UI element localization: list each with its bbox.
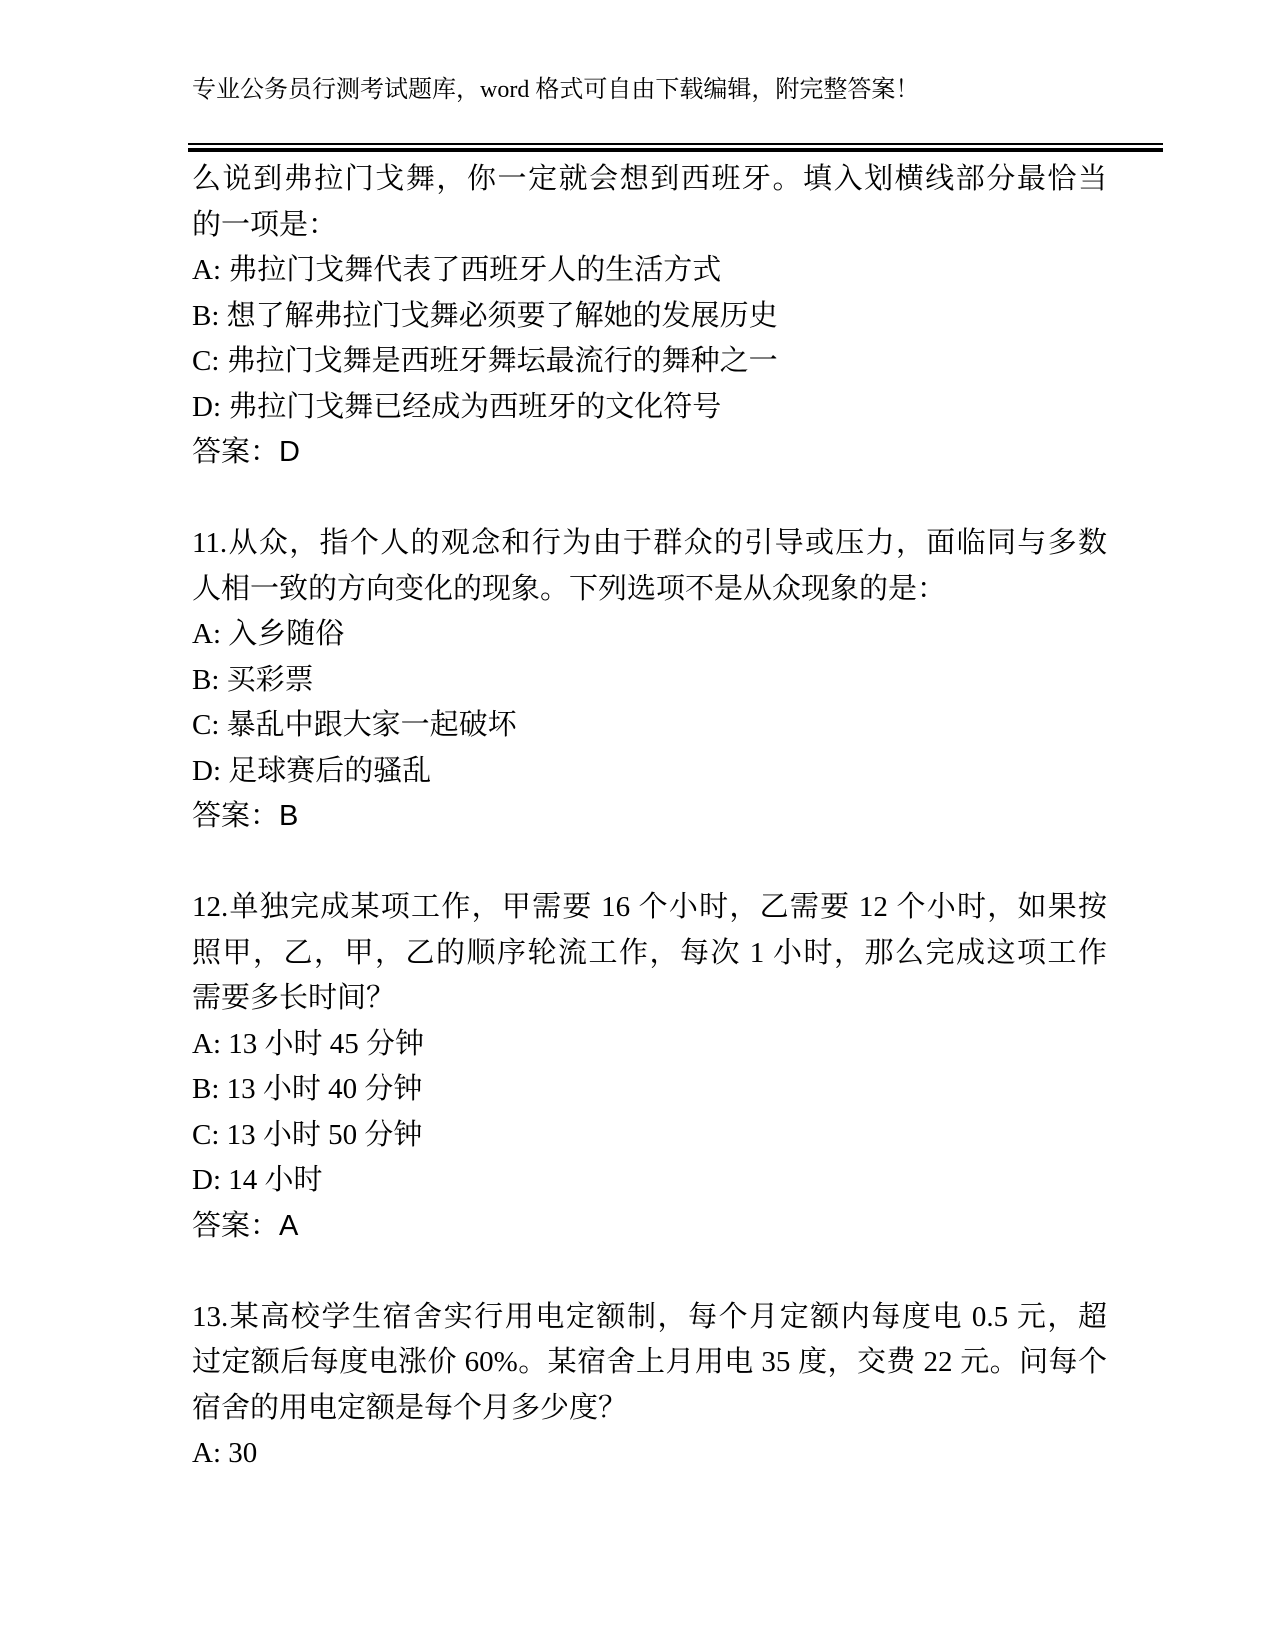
document-body: 么说到弗拉门戈舞，你一定就会想到西班牙。填入划横线部分最恰当的一项是：A: 弗拉…	[192, 157, 1107, 1477]
stem-line-3: 需要多长时间？	[192, 976, 1107, 1022]
question-13: 13.某高校学生宿舍实行用电定额制，每个月定额内每度电 0.5 元，超过定额后每…	[192, 1295, 1107, 1477]
option-a: A: 13 小时 45 分钟	[192, 1022, 1107, 1068]
option-c: C: 暴乱中跟大家一起破坏	[192, 703, 1107, 749]
header-title: 专业公务员行测考试题库，word 格式可自由下载编辑，附完整答案！	[192, 77, 919, 103]
header-divider-line	[188, 143, 1163, 152]
option-a: A: 入乡随俗	[192, 612, 1107, 658]
answer-line: 答案：D	[192, 430, 1107, 476]
question-12: 12.单独完成某项工作，甲需要 16 个小时，乙需要 12 个小时，如果按照甲，…	[192, 885, 1107, 1249]
stem-line-1: 么说到弗拉门戈舞，你一定就会想到西班牙。填入划横线部分最恰当	[192, 157, 1107, 203]
option-b: B: 想了解弗拉门戈舞必须要了解她的发展历史	[192, 294, 1107, 340]
stem-line-1: 11.从众，指个人的观念和行为由于群众的引导或压力，面临同与多数	[192, 521, 1107, 567]
answer-line: 答案：B	[192, 794, 1107, 840]
stem-line-1: 13.某高校学生宿舍实行用电定额制，每个月定额内每度电 0.5 元，超	[192, 1295, 1107, 1341]
option-b: B: 13 小时 40 分钟	[192, 1067, 1107, 1113]
stem-line-2: 人相一致的方向变化的现象。下列选项不是从众现象的是：	[192, 567, 1107, 613]
answer-line: 答案：A	[192, 1204, 1107, 1250]
stem-line-2: 过定额后每度电涨价 60%。某宿舍上月用电 35 度，交费 22 元。问每个	[192, 1340, 1107, 1386]
option-d: D: 14 小时	[192, 1158, 1107, 1204]
page: 专业公务员行测考试题库，word 格式可自由下载编辑，附完整答案！ 么说到弗拉门…	[0, 0, 1275, 1650]
question-11: 11.从众，指个人的观念和行为由于群众的引导或压力，面临同与多数人相一致的方向变…	[192, 521, 1107, 840]
option-a: A: 弗拉门戈舞代表了西班牙人的生活方式	[192, 248, 1107, 294]
stem-line-2: 的一项是：	[192, 203, 1107, 249]
option-d: D: 足球赛后的骚乱	[192, 749, 1107, 795]
page-header: 专业公务员行测考试题库，word 格式可自由下载编辑，附完整答案！	[192, 74, 919, 106]
stem-line-1: 12.单独完成某项工作，甲需要 16 个小时，乙需要 12 个小时，如果按	[192, 885, 1107, 931]
stem-line-3: 宿舍的用电定额是每个月多少度？	[192, 1386, 1107, 1432]
option-c: C: 弗拉门戈舞是西班牙舞坛最流行的舞种之一	[192, 339, 1107, 385]
option-a: A: 30	[192, 1431, 1107, 1477]
option-c: C: 13 小时 50 分钟	[192, 1113, 1107, 1159]
option-b: B: 买彩票	[192, 658, 1107, 704]
option-d: D: 弗拉门戈舞已经成为西班牙的文化符号	[192, 385, 1107, 431]
stem-line-2: 照甲，乙，甲，乙的顺序轮流工作，每次 1 小时，那么完成这项工作	[192, 931, 1107, 977]
question-10-continuation: 么说到弗拉门戈舞，你一定就会想到西班牙。填入划横线部分最恰当的一项是：A: 弗拉…	[192, 157, 1107, 476]
